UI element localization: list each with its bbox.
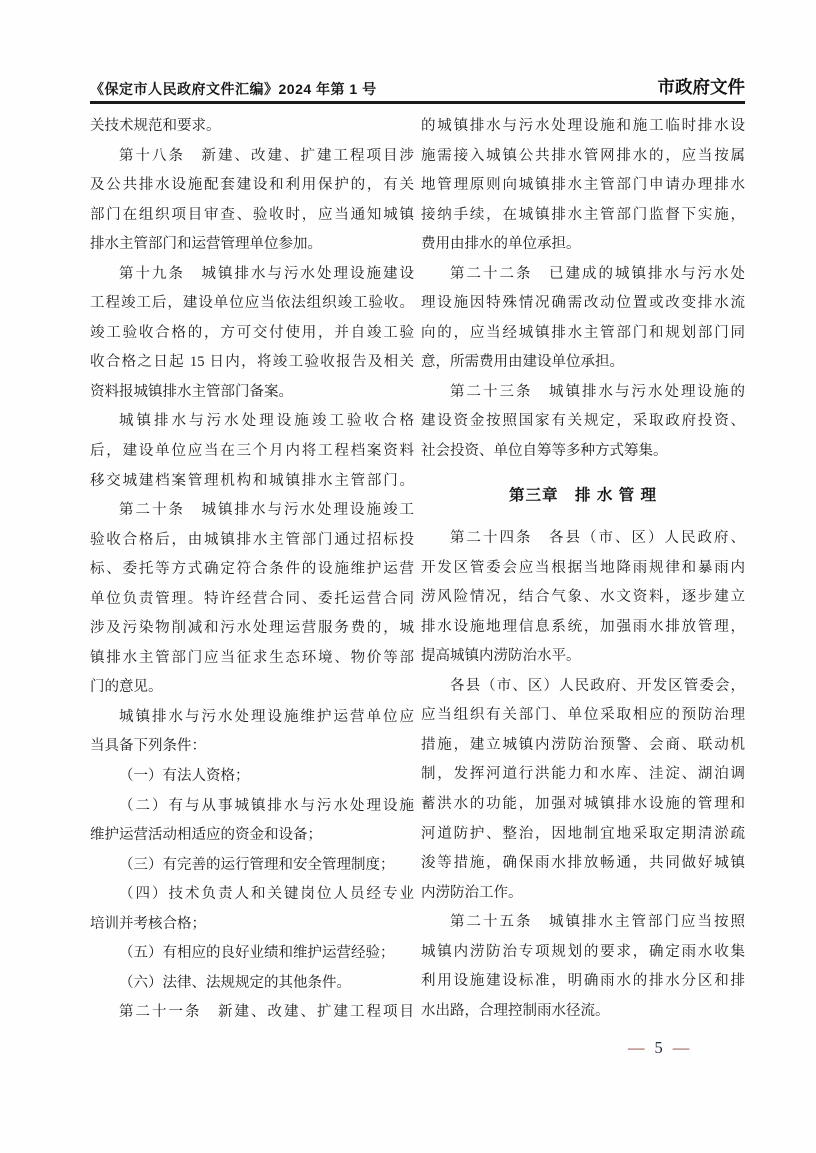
text-line: 维护运营活动相适应的资金和设备； <box>90 821 414 851</box>
text-line: 各县（市、区）人民政府、开发区管委会， <box>421 672 745 702</box>
text-line: 城镇排水与污水处理设施竣工验收合格 <box>90 407 414 437</box>
text-line: 意，所需费用由建设单位承担。 <box>421 348 745 378</box>
page-number: 5 <box>646 1038 673 1057</box>
text-line: 排水设施地理信息系统，加强雨水排放管理， <box>421 613 745 643</box>
text-line: 单位负责管理。特许经营合同、委托运营合同 <box>90 585 414 615</box>
text-line: 移交城建档案管理机构和城镇排水主管部门。 <box>90 467 414 497</box>
text-line: （二）有与从事城镇排水与污水处理设施 <box>90 792 414 822</box>
text-line: 后，建设单位应当在三个月内将工程档案资料 <box>90 437 414 467</box>
text-line: 第二十一条 新建、改建、扩建工程项目 <box>90 998 414 1028</box>
text-line: 部门在组织项目审查、验收时，应当通知城镇 <box>90 201 414 231</box>
text-line: 工程竣工后，建设单位应当依法组织竣工验收。 <box>90 289 414 319</box>
text-line: 制，发挥河道行洪能力和水库、洼淀、湖泊调 <box>421 760 745 790</box>
text-line: （六）法律、法规规定的其他条件。 <box>90 969 414 999</box>
right-column: 的城镇排水与污水处理设施和施工临时排水设施需接入城镇公共排水管网排水的，应当按属… <box>421 112 745 1028</box>
text-line: 城镇排水与污水处理设施维护运营单位应 <box>90 703 414 733</box>
text-line: 第二十条 城镇排水与污水处理设施竣工 <box>90 496 414 526</box>
text-line: （一）有法人资格； <box>90 762 414 792</box>
text-line: 第二十五条 城镇排水主管部门应当按照 <box>421 908 745 938</box>
text-line: 理设施因特殊情况确需改动位置或改变排水流 <box>421 289 745 319</box>
text-line: 培训并考核合格； <box>90 910 414 940</box>
text-line: （三）有完善的运行管理和安全管理制度； <box>90 851 414 881</box>
text-line: 及公共排水设施配套建设和利用保护的，有关 <box>90 171 414 201</box>
text-line: 蓄洪水的功能，加强对城镇排水设施的管理和 <box>421 790 745 820</box>
text-line: 涝风险情况，结合气象、水文资料，逐步建立 <box>421 583 745 613</box>
text-line: 河道防护、整治，因地制宜地采取定期清淤疏 <box>421 820 745 850</box>
text-line: 施需接入城镇公共排水管网排水的，应当按属 <box>421 142 745 172</box>
text-line: 第二十三条 城镇排水与污水处理设施的 <box>421 378 745 408</box>
header-divider <box>90 101 745 104</box>
text-line: 费用由排水的单位承担。 <box>421 230 745 260</box>
text-line: 向的，应当经城镇排水主管部门和规划部门同 <box>421 319 745 349</box>
chapter-heading: 第三章 排 水 管 理 <box>421 481 745 511</box>
text-line: 第二十四条 各县（市、区）人民政府、 <box>421 524 745 554</box>
text-line: 关技术规范和要求。 <box>90 112 414 142</box>
text-line: 第十九条 城镇排水与污水处理设施建设 <box>90 260 414 290</box>
footer-dash-right: — <box>673 1038 691 1057</box>
text-line: 验收合格后，由城镇排水主管部门通过招标投 <box>90 526 414 556</box>
text-line: 排水主管部门和运营管理单位参加。 <box>90 230 414 260</box>
document-body: 关技术规范和要求。第十八条 新建、改建、扩建工程项目涉及公共排水设施配套建设和利… <box>90 112 745 1028</box>
text-line: 内涝防治工作。 <box>421 879 745 909</box>
text-line: 镇排水主管部门应当征求生态环境、物价等部 <box>90 644 414 674</box>
document-page: 《保定市人民政府文件汇编》2024 年第 1 号 市政府文件 关技术规范和要求。… <box>0 0 816 1153</box>
text-line: 标、委托等方式确定符合条件的设施维护运营 <box>90 555 414 585</box>
footer-dash-left: — <box>628 1038 646 1057</box>
text-line: 利用设施建设标准，明确雨水的排水分区和排 <box>421 967 745 997</box>
text-line: 应当组织有关部门、单位采取相应的预防治理 <box>421 701 745 731</box>
text-line: （四）技术负责人和关键岗位人员经专业 <box>90 880 414 910</box>
text-line: 地管理原则向城镇排水主管部门申请办理排水 <box>421 171 745 201</box>
text-line: 第二十二条 已建成的城镇排水与污水处 <box>421 260 745 290</box>
left-column: 关技术规范和要求。第十八条 新建、改建、扩建工程项目涉及公共排水设施配套建设和利… <box>90 112 414 1028</box>
text-line: （五）有相应的良好业绩和维护运营经验； <box>90 939 414 969</box>
text-line: 社会投资、单位自筹等多种方式筹集。 <box>421 437 745 467</box>
text-line: 水出路，合理控制雨水径流。 <box>421 997 745 1027</box>
text-line: 的城镇排水与污水处理设施和施工临时排水设 <box>421 112 745 142</box>
text-line: 措施，建立城镇内涝防治预警、会商、联动机 <box>421 731 745 761</box>
text-line: 提高城镇内涝防治水平。 <box>421 642 745 672</box>
text-line: 接纳手续，在城镇排水主管部门监督下实施， <box>421 201 745 231</box>
header-doc-category: 市政府文件 <box>658 74 746 99</box>
text-line: 当具备下列条件： <box>90 732 414 762</box>
text-line: 收合格之日起 15 日内，将竣工验收报告及相关 <box>90 348 414 378</box>
text-line: 竣工验收合格的，方可交付使用，并自竣工验 <box>90 319 414 349</box>
page-footer: —5— <box>628 1038 690 1058</box>
text-line: 城镇内涝防治专项规划的要求，确定雨水收集 <box>421 938 745 968</box>
text-line: 浚等措施，确保雨水排放畅通，共同做好城镇 <box>421 849 745 879</box>
text-line: 门的意见。 <box>90 673 414 703</box>
header-publication-title: 《保定市人民政府文件汇编》2024 年第 1 号 <box>90 79 377 99</box>
page-header: 《保定市人民政府文件汇编》2024 年第 1 号 市政府文件 <box>90 74 745 99</box>
text-line: 建设资金按照国家有关规定，采取政府投资、 <box>421 407 745 437</box>
text-line: 资料报城镇排水主管部门备案。 <box>90 378 414 408</box>
text-line: 涉及污染物削减和污水处理运营服务费的，城 <box>90 614 414 644</box>
text-line: 开发区管委会应当根据当地降雨规律和暴雨内 <box>421 554 745 584</box>
text-line: 第十八条 新建、改建、扩建工程项目涉 <box>90 142 414 172</box>
